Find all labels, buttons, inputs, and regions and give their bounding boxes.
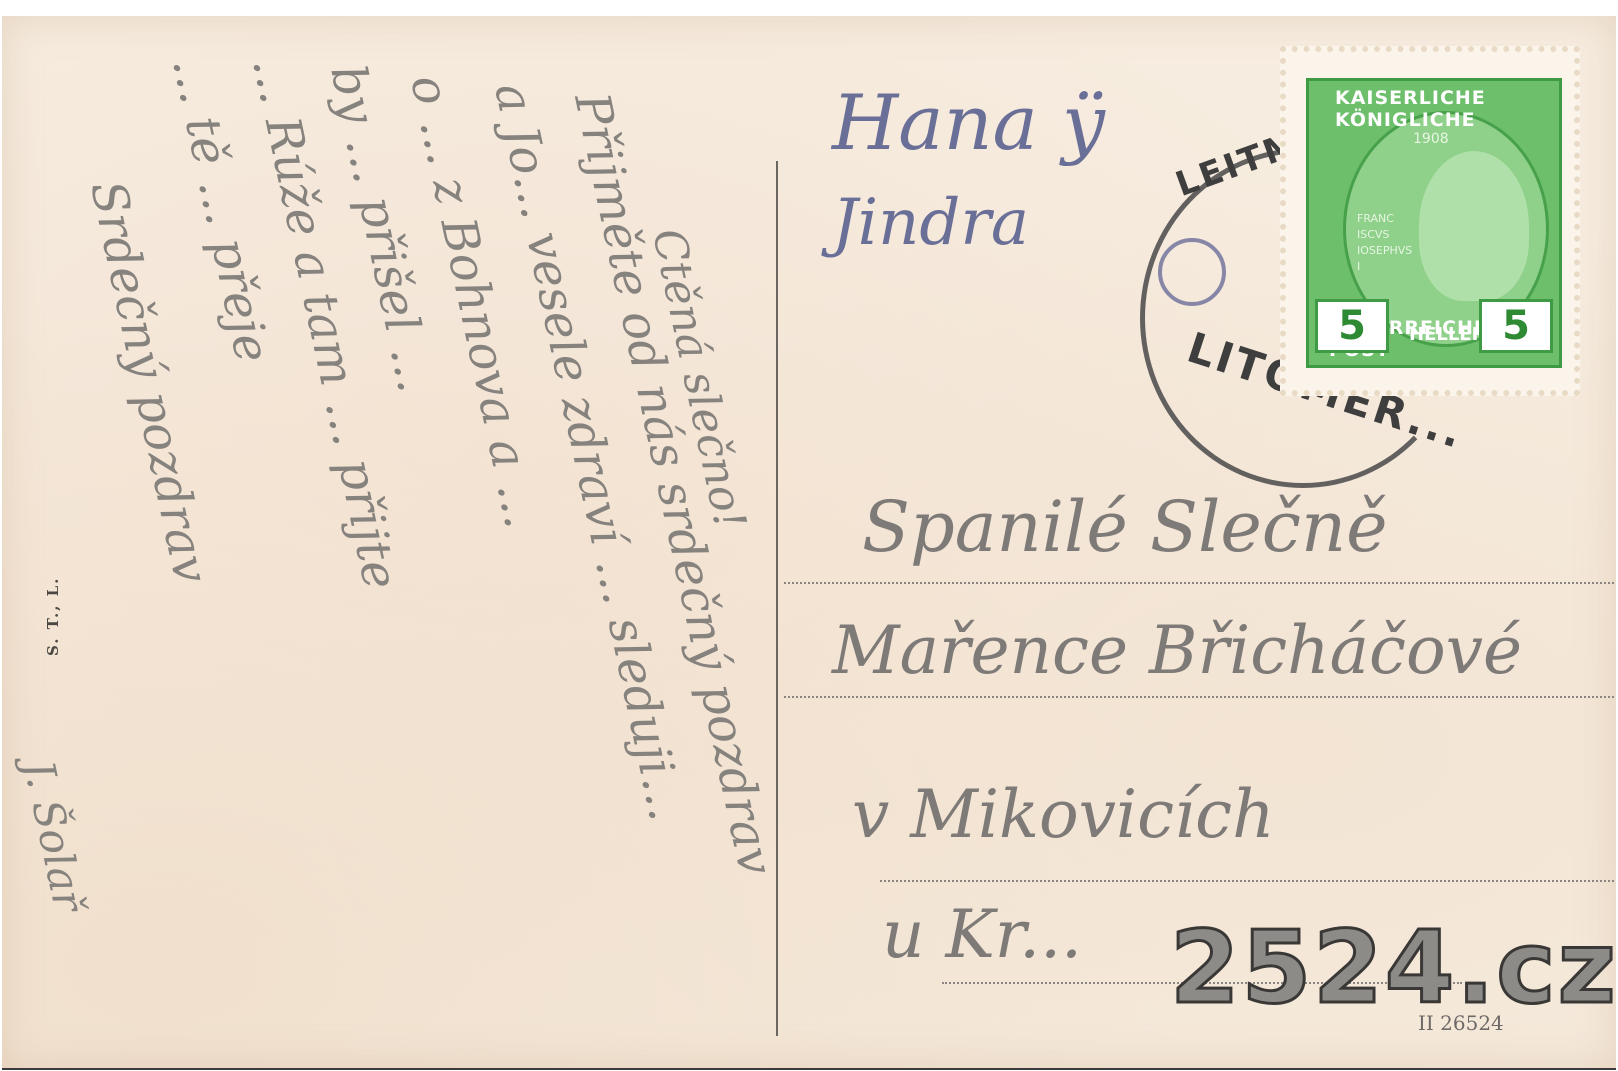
stamp-denomination-left: 5 xyxy=(1315,299,1389,353)
postage-stamp: KAISERLICHE KÖNIGLICHE ÖSTERREICHISCHE P… xyxy=(1280,46,1580,396)
divider-line xyxy=(776,161,778,1036)
stamp-portrait-text: FRANC ISCVS IOSEPHVS I xyxy=(1357,211,1412,275)
address-line-3: v Mikovicích xyxy=(852,776,1275,853)
stamp-face: KAISERLICHE KÖNIGLICHE ÖSTERREICHISCHE P… xyxy=(1306,78,1562,368)
address-line-4: u Kr... xyxy=(882,896,1082,973)
sender-note-line2: Jindra xyxy=(832,186,1029,260)
printer-mark: S. T., L. xyxy=(44,577,62,656)
address-rule-3 xyxy=(880,880,1614,882)
signature: J. Šolař xyxy=(14,756,94,916)
postmark-ink-blot xyxy=(1158,238,1226,306)
address-rule-1 xyxy=(784,582,1614,584)
address-rule-2 xyxy=(784,696,1614,698)
stamp-denomination-right: 5 xyxy=(1479,299,1553,353)
emperor-portrait-icon xyxy=(1419,151,1529,301)
stamp-year: 1908 xyxy=(1413,131,1449,147)
address-line-2: Mařence Břicháčové xyxy=(832,612,1522,689)
sender-note-line1: Hana ÿ xyxy=(832,78,1105,167)
stamp-currency: HELLER xyxy=(1409,324,1485,345)
watermark-logo: 2524.cz xyxy=(1170,918,1618,1018)
stamp-country-top: KAISERLICHE KÖNIGLICHE xyxy=(1335,87,1559,131)
address-line-1: Spanilé Slečně xyxy=(862,486,1388,568)
